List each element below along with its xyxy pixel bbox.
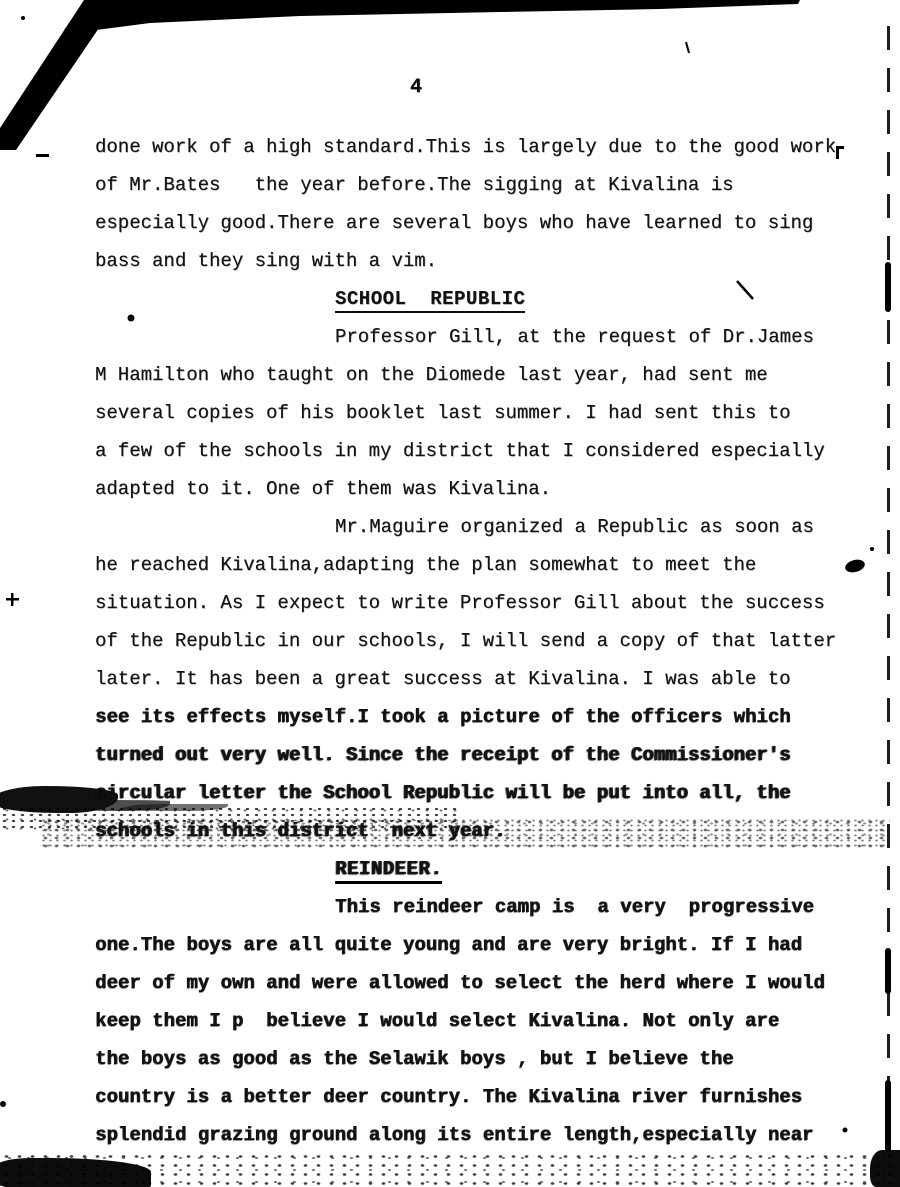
text-line: especially good.There are several boys w…	[95, 204, 865, 242]
text-line: This reindeer camp is a very progressive	[95, 888, 865, 926]
page-number: 4	[410, 76, 422, 99]
section-heading: REINDEER.	[95, 850, 865, 888]
text-line: deer of my own and were allowed to selec…	[95, 964, 865, 1002]
scan-artifact-right-blob	[885, 262, 891, 312]
text-line: adapted to it. One of them was Kivalina.	[95, 470, 865, 508]
text-line: of Mr.Bates the year before.The sigging …	[95, 166, 865, 204]
text-line: see its effects myself.I took a picture …	[95, 698, 865, 736]
scanned-page: 4 done work of a high standard.This is l…	[0, 0, 900, 1187]
text-line: done work of a high standard.This is lar…	[95, 128, 865, 166]
scan-artifact-right-dashed-line	[887, 26, 890, 1156]
scan-speck-tick	[686, 42, 689, 53]
text-line: schools in this district next year.	[95, 812, 865, 850]
typewritten-text-block: done work of a high standard.This is lar…	[95, 128, 865, 1154]
text-line: of the Republic in our schools, I will s…	[95, 622, 865, 660]
text-line: a few of the schools in my district that…	[95, 432, 865, 470]
text-line: bass and they sing with a vim.	[95, 242, 865, 280]
scan-speck-plus	[11, 593, 14, 606]
text-line: situation. As I expect to write Professo…	[95, 584, 865, 622]
scan-speck-plus	[6, 598, 19, 601]
scan-artifact-bottom-left-blob	[0, 1158, 151, 1187]
text-line: Professor Gill, at the request of Dr.Jam…	[95, 318, 865, 356]
text-line: later. It has been a great success at Ki…	[95, 660, 865, 698]
text-line: M Hamilton who taught on the Diomede las…	[95, 356, 865, 394]
text-line: turned out very well. Since the receipt …	[95, 736, 865, 774]
text-line: one.The boys are all quite young and are…	[95, 926, 865, 964]
text-line: he reached Kivalina,adapting the plan so…	[95, 546, 865, 584]
text-line: circular letter the School Republic will…	[95, 774, 865, 812]
text-line: Mr.Maguire organized a Republic as soon …	[95, 508, 865, 546]
scan-speck-dash	[36, 154, 49, 157]
text-line: keep them I p believe I would select Kiv…	[95, 1002, 865, 1040]
text-line: splendid grazing ground along its entire…	[95, 1116, 865, 1154]
scan-speck	[870, 547, 874, 551]
scan-speck	[65, 28, 70, 33]
scan-artifact-bottom-speckle	[0, 1152, 900, 1187]
section-heading: SCHOOL REPUBLIC	[95, 280, 865, 318]
text-line: country is a better deer country. The Ki…	[95, 1078, 865, 1116]
section-heading-text: SCHOOL REPUBLIC	[335, 288, 525, 313]
scan-speck	[0, 1101, 6, 1107]
scan-artifact-bottom-right-blob	[870, 1150, 900, 1187]
scan-artifact-right-blob	[885, 948, 891, 994]
scan-artifact-top-band	[86, 0, 800, 30]
text-line: several copies of his booklet last summe…	[95, 394, 865, 432]
scan-speck	[21, 16, 25, 20]
text-line: the boys as good as the Selawik boys , b…	[95, 1040, 865, 1078]
section-heading-text: REINDEER.	[335, 858, 442, 884]
scan-artifact-right-blob	[885, 1080, 891, 1152]
